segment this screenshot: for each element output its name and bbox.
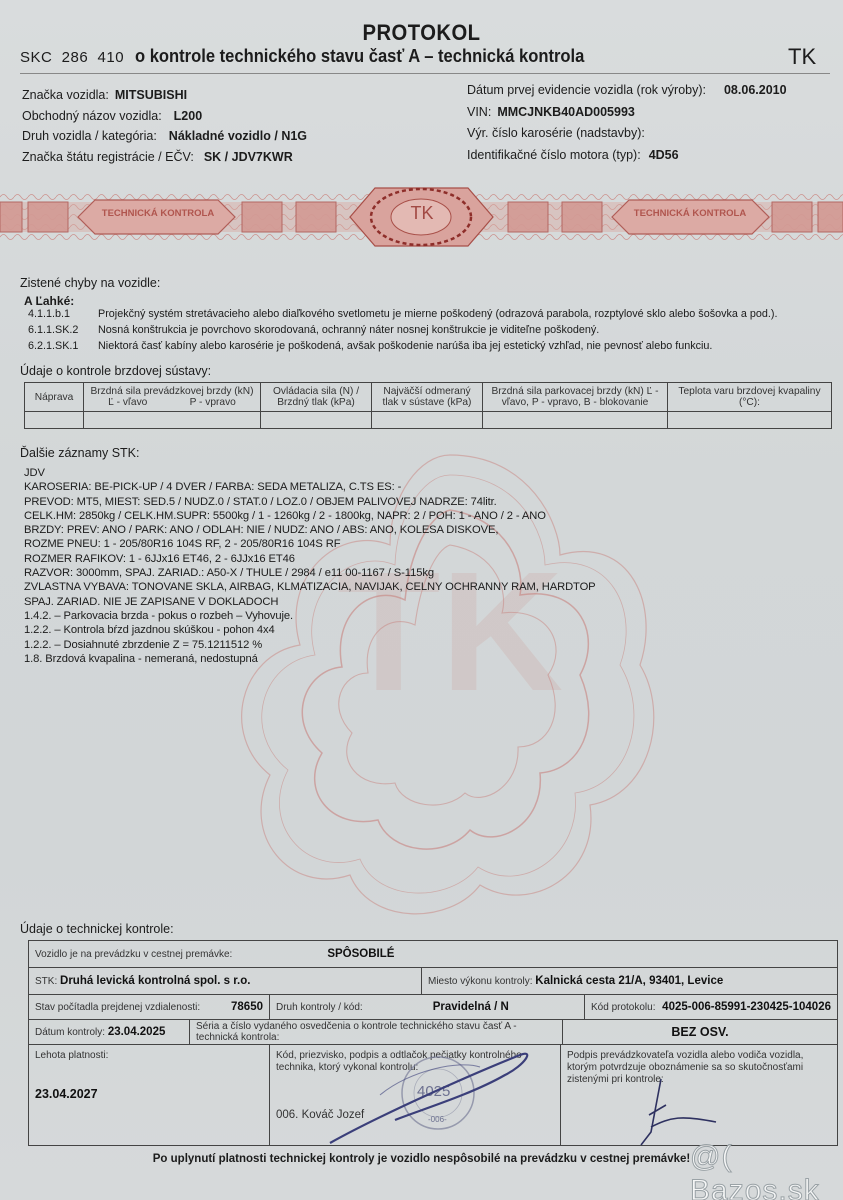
fitness-value: SPÔSOBILÉ xyxy=(327,948,394,960)
fitness-cell: Vozidlo je na prevádzku v cestnej premáv… xyxy=(29,941,837,967)
defect-item: 4.1.1.b.1Projekčný systém stretávacieho … xyxy=(28,306,778,322)
cell xyxy=(25,412,84,429)
defect-text: Nosná konštrukcia je povrchovo skorodova… xyxy=(98,324,599,336)
vin-value: MMCJNKB40AD005993 xyxy=(497,105,635,119)
site-watermark: @( Bazos.sk xyxy=(690,1140,843,1200)
field-label: Identifikačné číslo motora (typ): xyxy=(467,148,641,162)
stk-note-line: 1.8. Brzdová kvapalina - nemeraná, nedos… xyxy=(24,652,596,666)
cell xyxy=(668,412,832,429)
field-label: Druh vozidla / kategória: xyxy=(22,129,157,143)
vehicle-info-left: Značka vozidla:MITSUBISHI Obchodný názov… xyxy=(22,85,307,167)
sub-right: P - vpravo xyxy=(190,397,236,408)
field-label: Značka vozidla: xyxy=(22,88,109,102)
cell xyxy=(372,412,483,429)
stk-note-line: 1.4.2. – Parkovacia brzda - pokus o rozb… xyxy=(24,609,596,623)
place-cell: Miesto výkonu kontroly: Kalnická cesta 2… xyxy=(422,968,837,994)
inspection-date-label: Dátum kontroly: xyxy=(35,1027,105,1038)
brakes-table: Náprava Brzdná sila prevádzkovej brzdy (… xyxy=(24,382,832,429)
stk-note-line: PREVOD: MT5, MIEST: SED.5 / NUDZ.0 / STA… xyxy=(24,495,596,509)
band-label-right: TECHNICKÁ KONTROLA xyxy=(620,208,760,219)
inspection-date-cell: Dátum kontroly: 23.04.2025 xyxy=(29,1020,190,1044)
field-label: Značka štátu registrácie / EČV: xyxy=(22,150,194,164)
validity-label: Lehota platnosti: xyxy=(35,1050,108,1061)
vehicle-brand-value: MITSUBISHI xyxy=(115,88,187,102)
vehicle-info-right: Dátum prvej evidencie vozidla (rok výrob… xyxy=(467,80,787,166)
vehicle-model-value: L200 xyxy=(174,109,203,123)
odometer-value: 78650 xyxy=(231,1001,263,1013)
odometer-cell: Stav počítadla prejdenej vzdialenosti:78… xyxy=(29,995,270,1019)
technician-cell: Kód, priezvisko, podpis a odtlačok pečia… xyxy=(270,1045,561,1145)
vehicle-registration-value: SK / JDV7KWR xyxy=(204,150,293,164)
brakes-table-row xyxy=(25,412,832,429)
operator-signature-cell: Podpis prevádzkovateľa vozidla alebo vod… xyxy=(561,1045,837,1145)
engine-id-value: 4D56 xyxy=(649,148,679,162)
inspection-type-cell: Druh kontroly / kód:Pravidelná / N xyxy=(270,995,585,1019)
stk-note-line: ROZME PNEU: 1 - 205/80R16 104S RF, 2 - 2… xyxy=(24,537,596,551)
place-label: Miesto výkonu kontroly: xyxy=(428,976,533,987)
defect-text: Niektorá časť kabíny alebo karosérie je … xyxy=(98,340,712,352)
brakes-table-header: Náprava Brzdná sila prevádzkovej brzdy (… xyxy=(25,383,832,412)
protocol-code-label: Kód protokolu: xyxy=(591,1002,656,1013)
fitness-row: Vozidlo je na prevádzku v cestnej premáv… xyxy=(28,940,838,968)
body-number-field: Výr. číslo karosérie (nadstavby): xyxy=(467,123,787,145)
defect-code: 6.2.1.SK.1 xyxy=(28,338,98,354)
header-divider xyxy=(20,73,830,74)
stk-note-line: CELK.HM: 2850kg / CELK.HM.SUPR: 5500kg /… xyxy=(24,509,596,523)
stk-label: STK: xyxy=(35,976,57,987)
stk-note-line: RAZVOR: 3000mm, SPAJ. ZARIAD.: A50-X / T… xyxy=(24,566,596,580)
stk-note-line: ROZMER RAFIKOV: 1 - 6JJx16 ET46, 2 - 6JJ… xyxy=(24,552,596,566)
band-label-center: TK xyxy=(402,203,442,224)
inspection-date-value: 23.04.2025 xyxy=(108,1026,166,1038)
defect-item: 6.2.1.SK.1Niektorá časť kabíny alebo kar… xyxy=(28,338,778,354)
date-row: Dátum kontroly: 23.04.2025 Séria a číslo… xyxy=(28,1020,838,1045)
defect-code: 4.1.1.b.1 xyxy=(28,306,98,322)
cell xyxy=(483,412,668,429)
stk-note-line: BRZDY: PREV: ANO / PARK: ANO / ODLAH: NI… xyxy=(24,523,596,537)
protocol-code-cell: Kód protokolu:4025-006-85991-230425-1040… xyxy=(585,995,837,1019)
defect-text: Projekčný systém stretávacieho alebo dia… xyxy=(98,308,778,320)
stk-note-line: KAROSERIA: BE-PICK-UP / 4 DVER / FARBA: … xyxy=(24,480,596,494)
vehicle-registration-field: Značka štátu registrácie / EČV:SK / JDV7… xyxy=(22,147,307,168)
defect-code: 6.1.1.SK.2 xyxy=(28,322,98,338)
defects-list: 4.1.1.b.1Projekčný systém stretávacieho … xyxy=(28,306,778,354)
operator-signature-icon xyxy=(621,1077,741,1147)
form-code: SKC 286 410 xyxy=(20,49,124,66)
vehicle-category-value: Nákladné vozidlo / N1G xyxy=(169,129,307,143)
inspection-type-value: Pravidelná / N xyxy=(433,1001,509,1013)
technical-table: Vozidlo je na prevádzku v cestnej premáv… xyxy=(28,940,838,1146)
col-service-brake-title: Brzdná sila prevádzkovej brzdy (kN) xyxy=(87,386,257,397)
series-value: BEZ OSV. xyxy=(671,1025,728,1039)
vin-field: VIN:MMCJNKB40AD005993 xyxy=(467,102,787,124)
odometer-label: Stav počítadla prejdenej vzdialenosti: xyxy=(35,1002,200,1013)
cell xyxy=(84,412,261,429)
vehicle-category-field: Druh vozidla / kategória:Nákladné vozidl… xyxy=(22,126,307,147)
odometer-row: Stav počítadla prejdenej vzdialenosti:78… xyxy=(28,995,838,1020)
series-label-cell: Séria a číslo vydaného osvedčenia o kont… xyxy=(190,1020,563,1044)
first-registration-value: 08.06.2010 xyxy=(724,83,787,97)
band-label-left: TECHNICKÁ KONTROLA xyxy=(88,208,228,219)
col-control-force: Ovládacia sila (N) / Brzdný tlak (kPa) xyxy=(261,383,372,412)
col-service-brake-sub: Ľ - vľavoP - vpravo xyxy=(87,397,257,408)
defect-item: 6.1.1.SK.2Nosná konštrukcia je povrchovo… xyxy=(28,322,778,338)
document-subtitle-row: SKC 286 410 o kontrole technického stavu… xyxy=(20,46,623,67)
validity-cell: Lehota platnosti: 23.04.2027 xyxy=(29,1045,270,1145)
engine-id-field: Identifikačné číslo motora (typ):4D56 xyxy=(467,145,787,167)
col-fluid-temp: Teplota varu brzdovej kvapaliny (°C): xyxy=(668,383,832,412)
field-label: Výr. číslo karosérie (nadstavby): xyxy=(467,126,645,140)
stk-value: Druhá levická kontrolná spol. s r.o. xyxy=(60,975,250,987)
cell xyxy=(261,412,372,429)
first-registration-field: Dátum prvej evidencie vozidla (rok výrob… xyxy=(467,80,787,102)
inspection-type-label: Druh kontroly / kód: xyxy=(276,1002,363,1013)
stk-notes-list: JDV KAROSERIA: BE-PICK-UP / 4 DVER / FAR… xyxy=(24,466,596,666)
vehicle-brand-field: Značka vozidla:MITSUBISHI xyxy=(22,85,307,106)
stk-note-line: 1.2.2. – Dosiahnuté zbrzdenie Z = 75.121… xyxy=(24,638,596,652)
defects-heading: Zistené chyby na vozidle: xyxy=(20,276,160,290)
series-value-cell: BEZ OSV. xyxy=(563,1020,837,1044)
stk-row: STK: Druhá levická kontrolná spol. s r.o… xyxy=(28,968,838,995)
vehicle-model-field: Obchodný názov vozidla:L200 xyxy=(22,106,307,127)
field-label: Obchodný názov vozidla: xyxy=(22,109,162,123)
col-service-brake: Brzdná sila prevádzkovej brzdy (kN) Ľ - … xyxy=(84,383,261,412)
sub-left: Ľ - vľavo xyxy=(108,397,147,408)
technician-signature-icon xyxy=(320,1045,560,1145)
col-max-pressure: Najväčší odmeraný tlak v sústave (kPa) xyxy=(372,383,483,412)
protocol-code-value: 4025-006-85991-230425-104026 xyxy=(662,1001,831,1013)
document-title: PROTOKOL xyxy=(34,20,810,46)
stk-note-line: ZVLASTNA VYBAVA: TONOVANE SKLA, AIRBAG, … xyxy=(24,580,596,594)
stk-note-line: JDV xyxy=(24,466,596,480)
series-label: Séria a číslo vydaného osvedčenia o kont… xyxy=(196,1021,556,1043)
col-parking-brake: Brzdná sila parkovacej brzdy (kN) Ľ - vľ… xyxy=(483,383,668,412)
stk-note-line: 1.2.2. – Kontrola bŕzd jazdnou skúškou -… xyxy=(24,623,596,637)
stk-note-line: SPAJ. ZARIAD. NIE JE ZAPISANE V DOKLADOC… xyxy=(24,595,596,609)
stk-notes-heading: Ďalšie záznamy STK: xyxy=(20,446,139,460)
stk-cell: STK: Druhá levická kontrolná spol. s r.o… xyxy=(29,968,422,994)
field-label: VIN: xyxy=(467,105,491,119)
place-value: Kalnická cesta 21/A, 93401, Levice xyxy=(535,975,723,987)
document-subtitle: o kontrole technického stavu časť A – te… xyxy=(135,46,584,67)
technical-heading: Údaje o technickej kontrole: xyxy=(20,922,174,936)
fitness-label: Vozidlo je na prevádzku v cestnej premáv… xyxy=(35,949,232,960)
brakes-heading: Údaje o kontrole brzdovej sústavy: xyxy=(20,364,211,378)
signature-row: Lehota platnosti: 23.04.2027 Kód, priezv… xyxy=(28,1045,838,1146)
col-axle: Náprava xyxy=(25,383,84,412)
field-label: Dátum prvej evidencie vozidla (rok výrob… xyxy=(467,83,706,97)
corner-tk-mark: TK xyxy=(788,44,816,70)
validity-value: 23.04.2027 xyxy=(35,1087,98,1101)
